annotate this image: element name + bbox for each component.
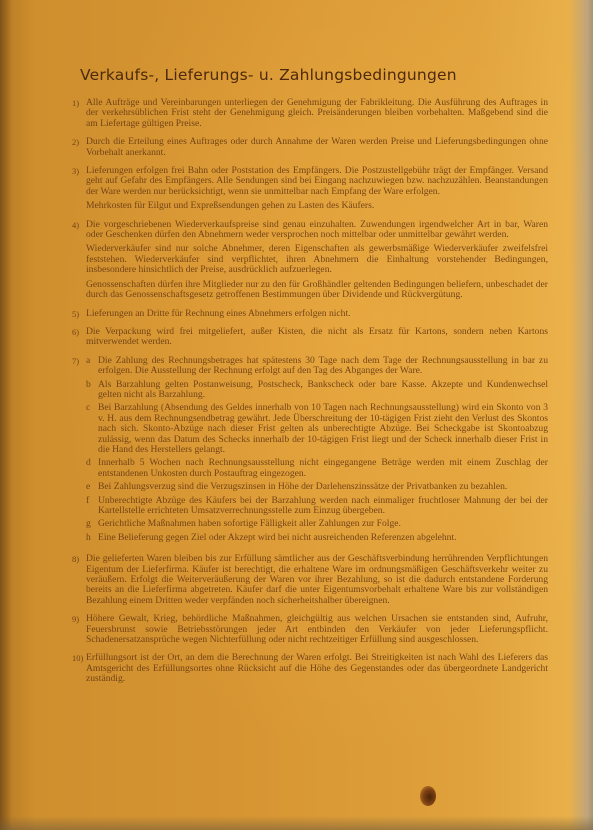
clause-4: 4)Die vorgeschriebenen Wiederverkaufspre… <box>72 220 548 301</box>
clause-number: 10) <box>72 653 86 684</box>
clause-paragraph: Durch die Erteilung eines Auftrages oder… <box>86 137 548 158</box>
clause-number: 6) <box>72 327 86 348</box>
subclause-letter: f <box>86 496 98 517</box>
clause-body: Alle Aufträge und Vereinbarungen unterli… <box>86 98 548 129</box>
subclause-letter: h <box>86 533 98 543</box>
clause-paragraph: Die Verpackung wird frei mitgeliefert, a… <box>86 327 548 348</box>
subclause-text: Innerhalb 5 Wochen nach Rechnungsausstel… <box>98 458 548 479</box>
clause-body: Die gelieferten Waren bleiben bis zur Er… <box>86 554 548 606</box>
clause-body: Die Verpackung wird frei mitgeliefert, a… <box>86 327 548 348</box>
clause-number: 5) <box>72 309 86 319</box>
subclause-text: Bei Barzahlung (Absendung des Geldes inn… <box>98 403 548 455</box>
subclause-text: Als Barzahlung gelten Postanweisung, Pos… <box>98 380 548 401</box>
clause-body: Die vorgeschriebenen Wiederverkaufspreis… <box>86 220 548 301</box>
subclause-text: Gerichtliche Maßnahmen haben sofortige F… <box>98 519 548 529</box>
clause-number: 8) <box>72 554 86 606</box>
subclause-text: Bei Zahlungsverzug sind die Verzugszinse… <box>98 482 548 492</box>
clause-7: 7)aDie Zahlung des Rechnungsbetrages hat… <box>72 356 548 547</box>
clause-number: 4) <box>72 220 86 301</box>
clause-8: 8)Die gelieferten Waren bleiben bis zur … <box>72 554 548 606</box>
document-page: Verkaufs-, Lieferungs- u. Zahlungsbeding… <box>0 0 593 830</box>
subclause-text: Unberechtigte Abzüge des Käufers bei der… <box>98 496 548 517</box>
subclause-f: fUnberechtigte Abzüge des Käufers bei de… <box>86 496 548 517</box>
subclause-g: gGerichtliche Maßnahmen haben sofortige … <box>86 519 548 529</box>
clause-paragraph: Lieferungen erfolgen frei Bahn oder Post… <box>86 166 548 197</box>
subclause-letter: a <box>86 356 98 377</box>
clause-paragraph: Alle Aufträge und Vereinbarungen unterli… <box>86 98 548 129</box>
paper-hole-mark <box>420 786 436 806</box>
subclause-letter: g <box>86 519 98 529</box>
clause-1: 1)Alle Aufträge und Vereinbarungen unter… <box>72 98 548 129</box>
subclause-letter: e <box>86 482 98 492</box>
clause-body: Lieferungen an Dritte für Rechnung eines… <box>86 309 548 319</box>
clause-paragraph: Die gelieferten Waren bleiben bis zur Er… <box>86 554 548 606</box>
clause-10: 10)Erfüllungsort ist der Ort, an dem die… <box>72 653 548 684</box>
subclause-e: eBei Zahlungsverzug sind die Verzugszins… <box>86 482 548 492</box>
subclause-h: hEine Belieferung gegen Ziel oder Akzept… <box>86 533 548 543</box>
subclause-b: bAls Barzahlung gelten Postanweisung, Po… <box>86 380 548 401</box>
clause-body: Lieferungen erfolgen frei Bahn oder Post… <box>86 166 548 212</box>
clause-paragraph: Höhere Gewalt, Krieg, behördliche Maßnah… <box>86 614 548 645</box>
subclause-a: aDie Zahlung des Rechnungsbetrages hat s… <box>86 356 548 377</box>
subclause-c: cBei Barzahlung (Absendung des Geldes in… <box>86 403 548 455</box>
subclause-letter: b <box>86 380 98 401</box>
clause-number: 1) <box>72 98 86 129</box>
clause-body: Höhere Gewalt, Krieg, behördliche Maßnah… <box>86 614 548 645</box>
clause-body: aDie Zahlung des Rechnungsbetrages hat s… <box>86 356 548 547</box>
subclause-text: Die Zahlung des Rechnungsbetrages hat sp… <box>98 356 548 377</box>
clause-list: 1)Alle Aufträge und Vereinbarungen unter… <box>72 98 548 685</box>
subclause-text: Eine Belieferung gegen Ziel oder Akzept … <box>98 533 548 543</box>
clause-2: 2)Durch die Erteilung eines Auftrages od… <box>72 137 548 158</box>
clause-paragraph: Wiederverkäufer sind nur solche Abnehmer… <box>86 244 548 275</box>
clause-paragraph: Die vorgeschriebenen Wiederverkaufspreis… <box>86 220 548 241</box>
clause-paragraph: Genossenschaften dürfen ihre Mitglieder … <box>86 280 548 301</box>
clause-6: 6)Die Verpackung wird frei mitgeliefert,… <box>72 327 548 348</box>
clause-paragraph: Mehrkosten für Eilgut und Expreßsendunge… <box>86 201 548 211</box>
terms-document: Verkaufs-, Lieferungs- u. Zahlungsbeding… <box>72 66 548 693</box>
document-title: Verkaufs-, Lieferungs- u. Zahlungsbeding… <box>80 66 548 84</box>
clause-5: 5)Lieferungen an Dritte für Rechnung ein… <box>72 309 548 319</box>
subclause-letter: c <box>86 403 98 455</box>
subclause-d: dInnerhalb 5 Wochen nach Rechnungsausste… <box>86 458 548 479</box>
clause-body: Erfüllungsort ist der Ort, an dem die Be… <box>86 653 548 684</box>
clause-9: 9)Höhere Gewalt, Krieg, behördliche Maßn… <box>72 614 548 645</box>
clause-number: 9) <box>72 614 86 645</box>
clause-paragraph: Erfüllungsort ist der Ort, an dem die Be… <box>86 653 548 684</box>
clause-number: 7) <box>72 356 86 547</box>
clause-number: 3) <box>72 166 86 212</box>
clause-paragraph: Lieferungen an Dritte für Rechnung eines… <box>86 309 548 319</box>
clause-number: 2) <box>72 137 86 158</box>
clause-body: Durch die Erteilung eines Auftrages oder… <box>86 137 548 158</box>
subclause-letter: d <box>86 458 98 479</box>
clause-3: 3)Lieferungen erfolgen frei Bahn oder Po… <box>72 166 548 212</box>
